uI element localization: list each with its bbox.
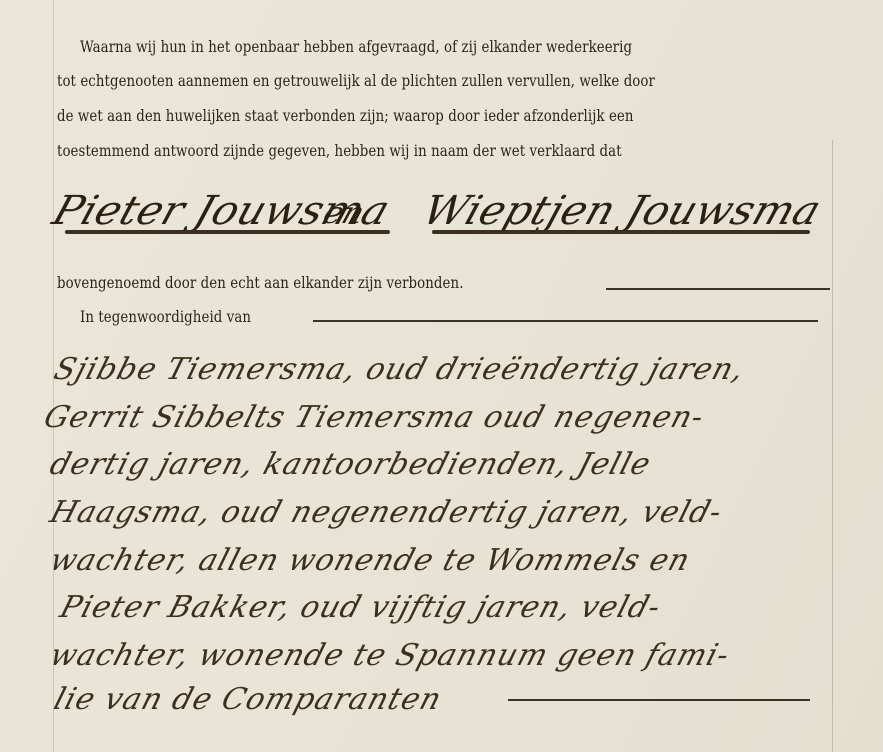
witness-line-5: wachter, allen wonende te Wommels en xyxy=(46,543,694,578)
bride-underline xyxy=(432,230,810,234)
printed-line-3: de wet aan den huwelijken staat verbonde… xyxy=(57,107,831,125)
printed-after-names: bovengenoemd door den echt aan elkander … xyxy=(57,274,464,292)
witness-line-2: Gerrit Sibbelts Tiemersma oud negenen- xyxy=(40,400,708,435)
witness-line-7: wachter, wonende te Spannum geen fami- xyxy=(46,638,734,673)
document-page: Waarna wij hun in het openbaar hebben af… xyxy=(0,0,883,752)
witness-line-3: dertig jaren, kantoorbedienden, Jelle xyxy=(46,447,655,482)
witness-line-1: Sjibbe Tiemersma, oud drieëndertig jaren… xyxy=(50,352,749,387)
fill-line-2 xyxy=(313,320,818,322)
groom-underline xyxy=(65,230,390,234)
closing-fill-line xyxy=(508,699,810,701)
witness-line-8: lie van de Comparanten xyxy=(50,682,446,717)
printed-line-2: tot echtgenooten aannemen en getrouwelij… xyxy=(57,72,831,90)
printed-line-1: Waarna wij hun in het openbaar hebben af… xyxy=(80,38,820,56)
witness-line-4: Haagsma, oud negenendertig jaren, veld- xyxy=(46,495,727,530)
right-margin-line xyxy=(832,140,833,752)
fill-line-1 xyxy=(606,288,830,290)
printed-line-4: toestemmend antwoord zijnde gegeven, heb… xyxy=(57,142,797,160)
printed-witness-intro: In tegenwoordigheid van xyxy=(80,308,251,326)
bride-name: Wieptjen Jouwsma xyxy=(417,188,826,234)
witness-line-6: Pieter Bakker, oud vijftig jaren, veld- xyxy=(56,590,665,625)
